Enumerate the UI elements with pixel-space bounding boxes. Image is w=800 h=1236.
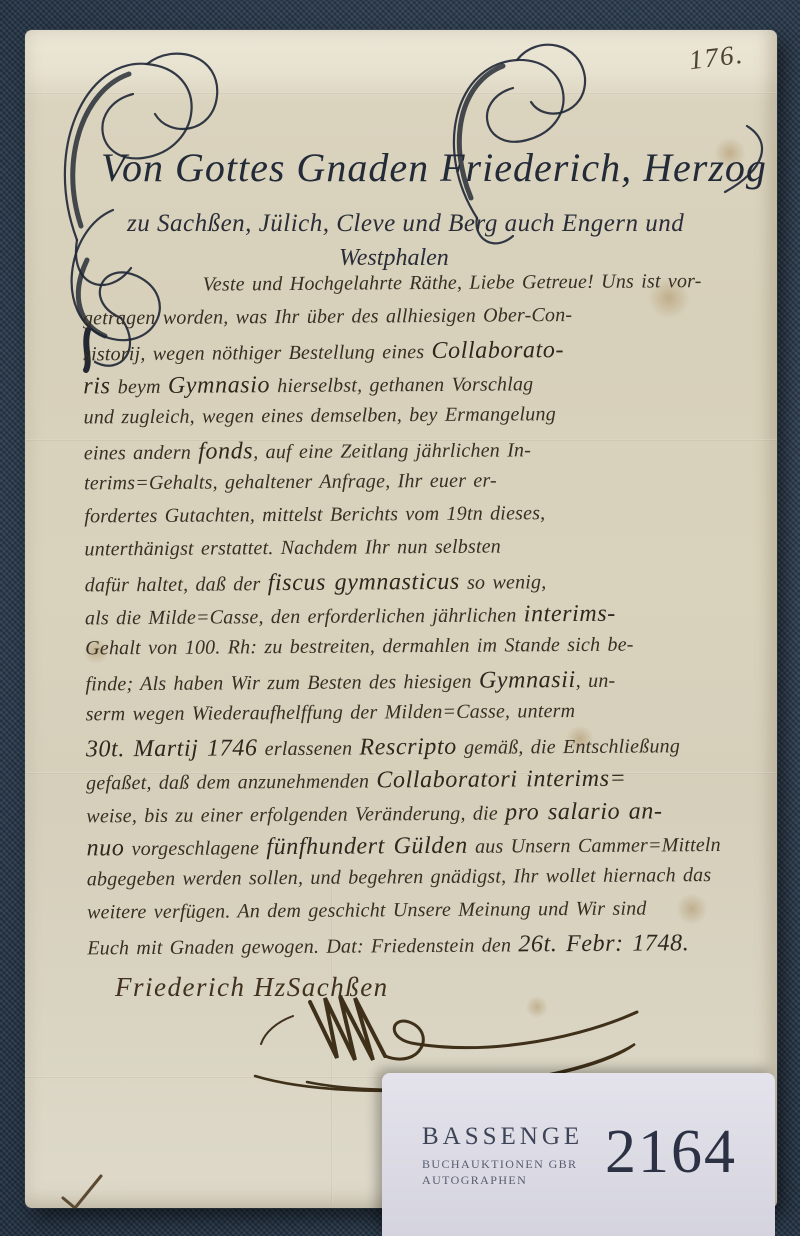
auction-label-line1: BUCHAUKTIONEN GBR xyxy=(422,1157,577,1172)
manuscript-line: weise, bis zu einer erfolgenden Veränder… xyxy=(86,798,777,836)
signature-name: Friederich HzSachßen xyxy=(115,972,389,1003)
lot-number: 2164 xyxy=(605,1121,737,1183)
manuscript-line: weitere verfügen. An dem geschicht Unser… xyxy=(87,897,777,935)
manuscript-line: Euch mit Gnaden gewogen. Dat: Friedenste… xyxy=(87,930,777,968)
manuscript-line: terims=Gehalts, gehaltener Anfrage, Ihr … xyxy=(84,468,777,506)
manuscript-line: serm wegen Wiederaufhelffung der Milden=… xyxy=(86,699,777,737)
manuscript-body: Veste und Hochgelahrte Räthe, Liebe Getr… xyxy=(83,270,777,968)
manuscript-line: eines andern fonds, auf eine Zeitlang jä… xyxy=(84,435,777,473)
heading-line-1: Von Gottes Gnaden Friederich, Herzog xyxy=(101,144,767,191)
heading-line-3: Westphalen xyxy=(339,245,449,272)
manuscript-line: ris beym Gymnasio hierselbst, gethanen V… xyxy=(83,369,777,407)
manuscript-line: dafür haltet, daß der fiscus gymnasticus… xyxy=(85,567,777,605)
manuscript-line: sistorij, wegen nöthiger Bestellung eine… xyxy=(83,336,777,374)
manuscript-line: abgegeben werden sollen, und begehren gn… xyxy=(87,864,777,902)
manuscript-line: Gehalt von 100. Rh: zu bestreiten, derma… xyxy=(85,633,777,671)
manuscript-line: 30t. Martij 1746 erlassenen Rescripto ge… xyxy=(86,732,777,770)
manuscript-line: finde; Als haben Wir zum Besten des hies… xyxy=(85,666,777,704)
auction-photo: 176. Von Gottes Gnaden Friederich, Herzo… xyxy=(0,0,800,1236)
auction-label: BASSENGE BUCHAUKTIONEN GBR AUTOGRAPHEN 2… xyxy=(382,1073,775,1236)
manuscript-line: Veste und Hochgelahrte Räthe, Liebe Getr… xyxy=(83,270,777,308)
manuscript-line: nuo vorgeschlagene fünfhundert Gülden au… xyxy=(87,831,777,869)
manuscript-line: getragen worden, was Ihr über des allhie… xyxy=(83,303,777,341)
manuscript-line: fordertes Gutachten, mittelst Berichts v… xyxy=(84,501,777,539)
manuscript-page: 176. Von Gottes Gnaden Friederich, Herzo… xyxy=(25,30,777,1208)
manuscript-line: unterthänigst erstattet. Nachdem Ihr nun… xyxy=(84,534,777,572)
manuscript-line: gefaßet, daß dem anzunehmenden Collabora… xyxy=(86,765,777,803)
heading-line-2: zu Sachßen, Jülich, Cleve und Berg auch … xyxy=(127,210,684,238)
auction-label-line2: AUTOGRAPHEN xyxy=(422,1173,527,1188)
auction-house-name: BASSENGE xyxy=(422,1123,583,1151)
collector-checkmark xyxy=(63,1176,101,1208)
manuscript-line: als die Milde=Casse, den erforderlichen … xyxy=(85,600,777,638)
manuscript-line: und zugleich, wegen eines demselben, bey… xyxy=(84,402,777,440)
